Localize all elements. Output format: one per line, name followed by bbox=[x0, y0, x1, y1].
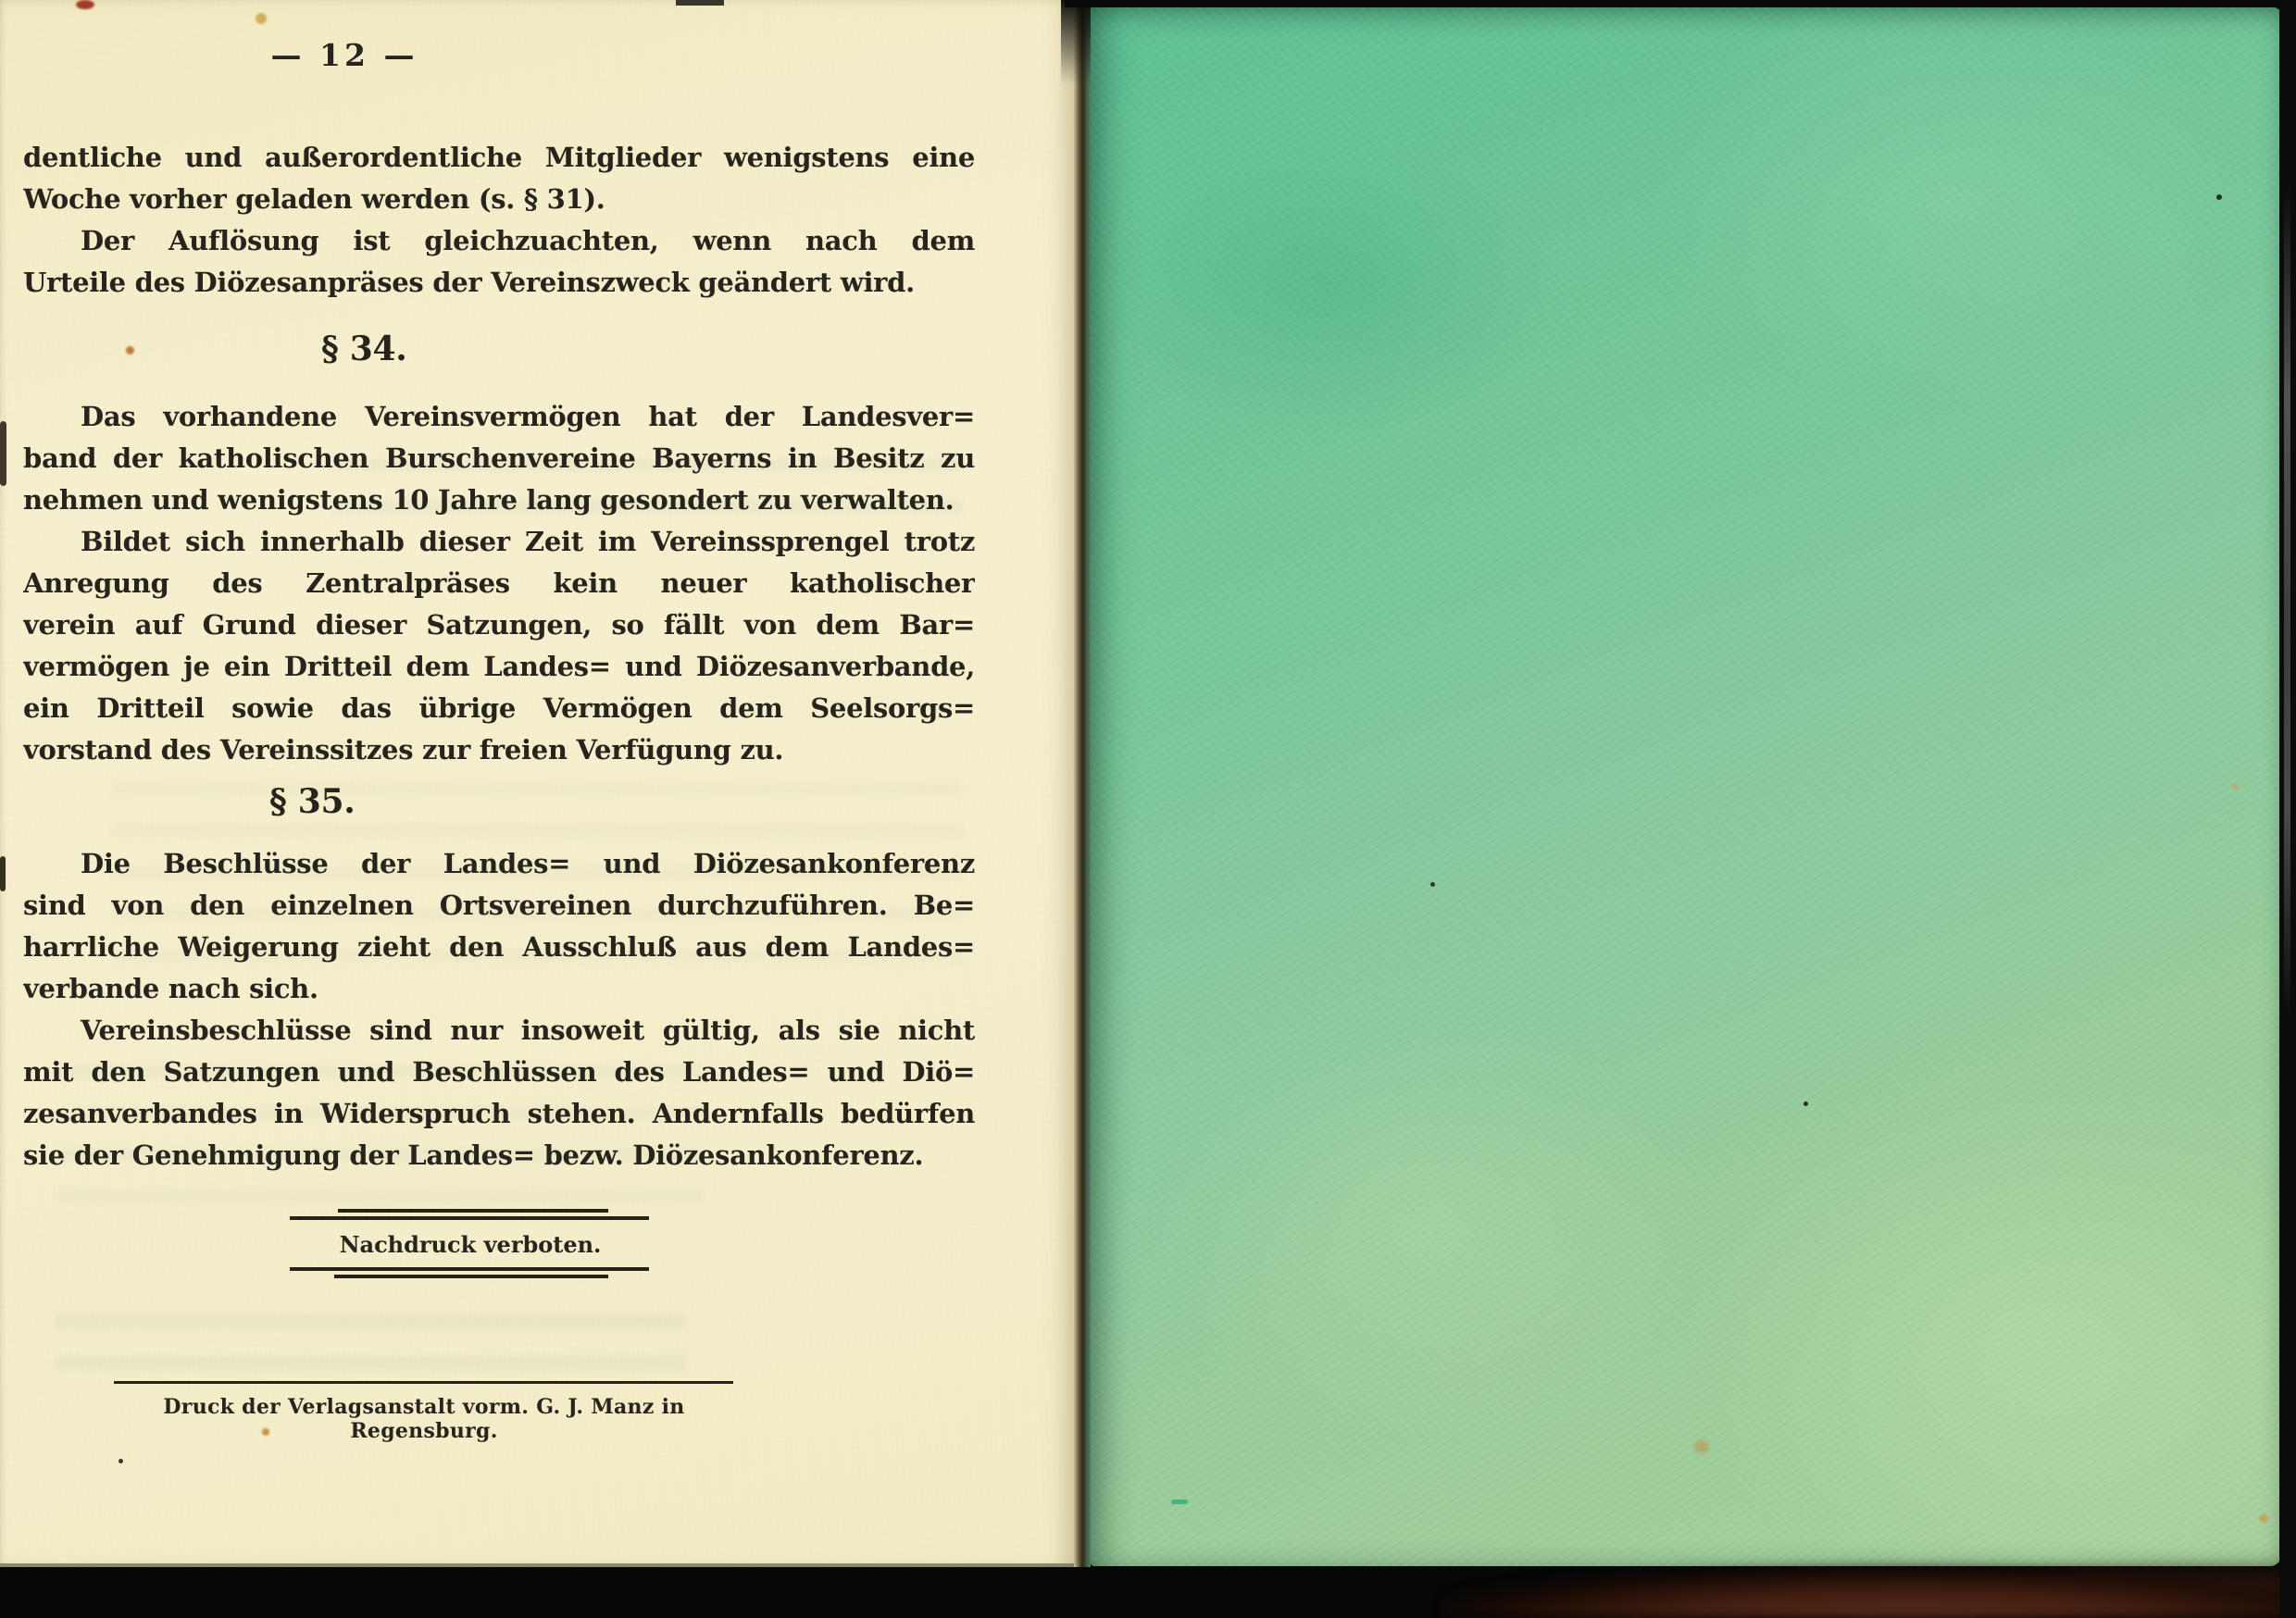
paper-speck bbox=[119, 1459, 123, 1463]
body-text-line: zesanverbandes in Widerspruch stehen. An… bbox=[23, 1093, 975, 1135]
body-text-line: mit den Satzungen und Beschlüssen des La… bbox=[23, 1052, 975, 1093]
paper-speck bbox=[76, 0, 94, 9]
body-text-line: Der Auflösung ist gleichzuachten, wenn n… bbox=[23, 220, 975, 262]
cover-fiber-texture bbox=[1091, 7, 2281, 1566]
photo-edge-mark bbox=[676, 0, 724, 6]
book-gutter bbox=[1074, 0, 1091, 1567]
body-text-line: ein Dritteil sowie das übrige Vermögen d… bbox=[23, 688, 975, 729]
paper-speck bbox=[2216, 194, 2222, 200]
rule bbox=[290, 1216, 649, 1220]
book-page-left: — 12 — dentliche und außerordentliche Mi… bbox=[0, 0, 1078, 1567]
finger-shadow bbox=[1444, 1561, 2296, 1618]
body-text-line: Das vorhandene Vereinsvermögen hat der L… bbox=[23, 396, 975, 438]
body-text-line: verein auf Grund dieser Satzungen, so fä… bbox=[23, 604, 975, 646]
rule bbox=[114, 1381, 733, 1384]
book-scan-photo: — 12 — dentliche und außerordentliche Mi… bbox=[0, 0, 2296, 1618]
book-back-cover bbox=[1091, 7, 2281, 1566]
body-text-line: sie der Genehmigung der Landes= bezw. Di… bbox=[23, 1135, 975, 1176]
edge-mark bbox=[0, 421, 6, 486]
paper-speck bbox=[2259, 1514, 2268, 1523]
show-through bbox=[56, 1314, 685, 1384]
body-text-line: band der katholischen Burschenvereine Ba… bbox=[23, 438, 975, 479]
printer-imprint-text: Druck der Verlagsanstalt vorm. G. J. Man… bbox=[114, 1395, 734, 1443]
section-heading-34: § 34. bbox=[321, 328, 975, 370]
body-text-line: sind von den einzelnen Ortsvereinen durc… bbox=[23, 885, 975, 927]
photo-edge-top bbox=[1065, 0, 2296, 7]
body-text-line: verbande nach sich. bbox=[23, 968, 975, 1010]
rule bbox=[290, 1267, 649, 1271]
body-text-line: dentliche und außerordentliche Mitgliede… bbox=[23, 137, 975, 179]
body-text-line: Die Beschlüsse der Landes= und Diözesank… bbox=[23, 843, 975, 885]
body-text-line: vorstand des Vereinssitzes zur freien Ve… bbox=[23, 729, 975, 771]
paper-speck bbox=[1171, 1500, 1188, 1504]
body-text-line: Woche vorher geladen werden (s. § 31). bbox=[23, 179, 975, 220]
paper-speck bbox=[1430, 882, 1435, 887]
page-body: dentliche und außerordentliche Mitgliede… bbox=[23, 137, 975, 1176]
body-text-line: Anregung des Zentralpräses kein neuer ka… bbox=[23, 563, 975, 604]
paper-speck bbox=[2231, 783, 2239, 790]
rule bbox=[334, 1275, 608, 1278]
reprint-notice-text: Nachdruck verboten. bbox=[290, 1231, 651, 1258]
rule bbox=[338, 1209, 608, 1213]
paper-speck bbox=[1694, 1440, 1709, 1453]
edge-mark bbox=[0, 856, 6, 891]
body-text-line: nehmen und wenigstens 10 Jahre lang geso… bbox=[23, 479, 975, 521]
page-header: — 12 — bbox=[233, 37, 455, 73]
paper-speck bbox=[1803, 1101, 1808, 1106]
body-text-line: Urteile des Diözesanpräses der Vereinszw… bbox=[23, 262, 975, 304]
body-text-line: harrliche Weigerung zieht den Ausschluß … bbox=[23, 927, 975, 968]
reprint-notice: Nachdruck verboten. bbox=[290, 1209, 651, 1278]
body-text-line: Vereinsbeschlüsse sind nur insoweit gült… bbox=[23, 1010, 975, 1052]
body-text-line: Bildet sich innerhalb dieser Zeit im Ver… bbox=[23, 521, 975, 563]
printer-imprint: Druck der Verlagsanstalt vorm. G. J. Man… bbox=[114, 1381, 734, 1443]
photo-edge-right bbox=[2279, 0, 2296, 1618]
paper-speck bbox=[256, 13, 267, 24]
section-heading-35: § 35. bbox=[269, 780, 975, 823]
body-text-line: vermögen je ein Dritteil dem Landes= und… bbox=[23, 646, 975, 688]
edge-streak bbox=[2284, 185, 2290, 1018]
